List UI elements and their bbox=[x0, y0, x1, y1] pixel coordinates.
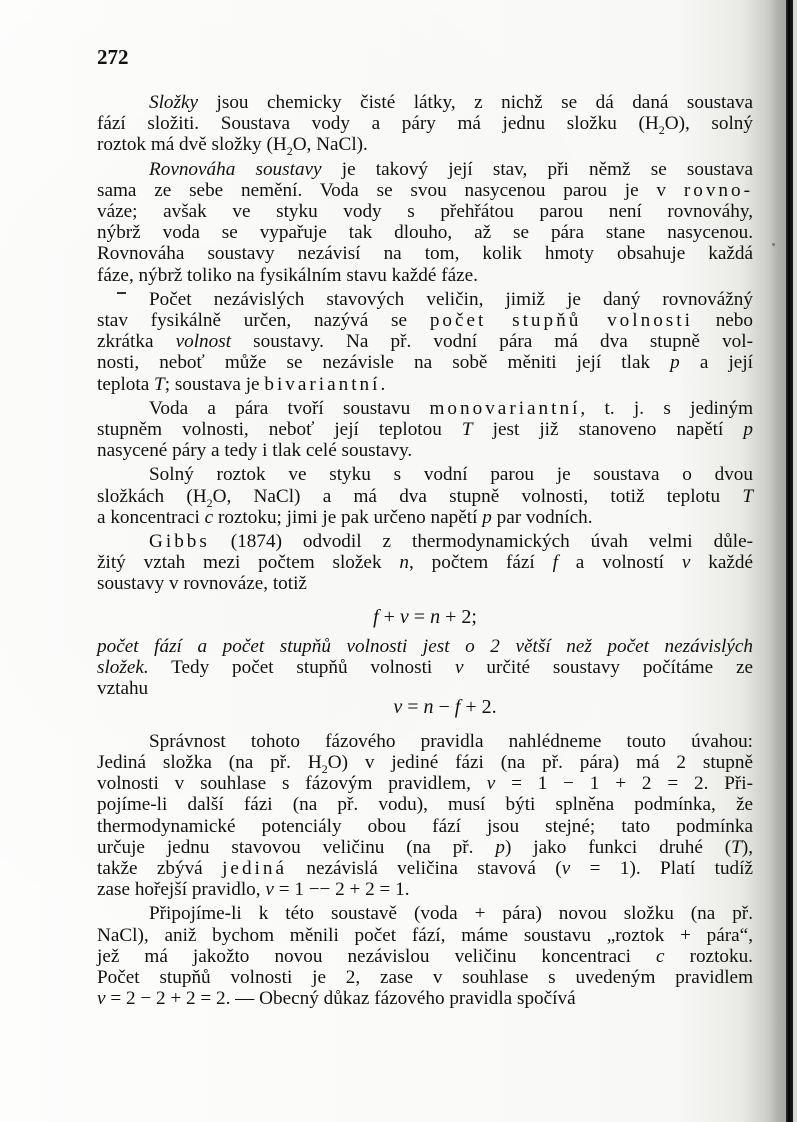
text-line: fáze, nýbrž toliko na fysikálním stavu k… bbox=[97, 265, 753, 286]
page-binding-edge bbox=[786, 0, 793, 1122]
text-line: v = 2 − 2 + 2 = 2. — Obecný důkaz fázové… bbox=[97, 988, 753, 1009]
page-edge-strip bbox=[793, 0, 797, 1122]
text-line: teplota T; soustava je bivariantní. bbox=[97, 374, 753, 395]
scan-speck bbox=[772, 243, 775, 246]
text-line: Solný roztok ve styku s vodní parou je s… bbox=[97, 464, 753, 485]
text-line: Počet nezávislých stavových veličin, jim… bbox=[97, 289, 753, 310]
paragraph-rovnovaha: Rovnováha soustavy je takový její stav, … bbox=[97, 159, 753, 286]
text-line: pojíme-li další fázi (na př. vodu), musí… bbox=[97, 794, 753, 815]
text-line: zkrátka volnost soustavy. Na př. vodní p… bbox=[97, 331, 753, 352]
text-line: žitý vztah mezi počtem složek n, počtem … bbox=[97, 552, 753, 573]
text-line: fází složiti. Soustava vody a páry má je… bbox=[97, 113, 753, 134]
text-line: určuje jednu stavovou veličinu (na př. p… bbox=[97, 837, 753, 858]
page-number: 272 bbox=[97, 45, 129, 70]
text-line: a koncentraci c roztoku; jimi je pak urč… bbox=[97, 507, 753, 528]
text-line: nýbrž voda se vypařuje tak dlouho, až se… bbox=[97, 222, 753, 243]
text-line: nosti, neboť může se nezávisle na sobě m… bbox=[97, 352, 753, 373]
text-line: takže zbývá jediná nezávislá veličina st… bbox=[97, 858, 753, 879]
formula-gibbs: f + v = n + 2; bbox=[97, 607, 753, 628]
text-line: soustavy v rovnováze, totiž bbox=[97, 573, 753, 594]
paragraph-pocet: Počet nezávislých stavových veličin, jim… bbox=[97, 289, 753, 395]
binding-shadow bbox=[770, 0, 786, 1122]
text-line: Počet stupňů volnosti je 2, zase v souhl… bbox=[97, 967, 753, 988]
paragraph-voda-para: Voda a pára tvoří soustavu monovariantní… bbox=[97, 398, 753, 462]
text-line: NaCl), aniž bychom měnili počet fází, má… bbox=[97, 925, 753, 946]
text-line: Složky jsou chemicky čisté látky, z nich… bbox=[97, 92, 753, 113]
paragraph-gibbs: Gibbs (1874) odvodil z thermodynamických… bbox=[97, 531, 753, 595]
text-line: zase hořejší pravidlo, v = 1 −− 2 + 2 = … bbox=[97, 879, 753, 900]
paragraph-slozky: Složky jsou chemicky čisté látky, z nich… bbox=[97, 92, 753, 156]
text-line: Gibbs (1874) odvodil z thermodynamických… bbox=[97, 531, 753, 552]
paragraph-solny-roztok: Solný roztok ve styku s vodní parou je s… bbox=[97, 464, 753, 528]
text-line: stupněm volnosti, neboť její teplotou T … bbox=[97, 419, 753, 440]
text-line: Voda a pára tvoří soustavu monovariantní… bbox=[97, 398, 753, 419]
paragraph-pocet-fazi: počet fází a počet stupňů volnosti jest … bbox=[97, 636, 753, 700]
text-line: jež má jakožto novou nezávislou veličinu… bbox=[97, 946, 753, 967]
body-text: Složky jsou chemicky čisté látky, z nich… bbox=[97, 92, 753, 1009]
text-line: Rovnováha soustavy nezávisí na tom, koli… bbox=[97, 243, 753, 264]
text-line: volnosti v souhlase s fázovým pravidlem,… bbox=[97, 773, 753, 794]
formula-pocet-fazi: v = n − f + 2. bbox=[97, 697, 753, 718]
text-line: Jediná složka (na př. H2O) v jediné fázi… bbox=[97, 752, 753, 773]
text-line: počet fází a počet stupňů volnosti jest … bbox=[97, 636, 753, 657]
text-line: Správnost tohoto fázového pravidla nahlé… bbox=[97, 731, 753, 752]
paragraph-pripojime-li: Připojíme-li k této soustavě (voda + pár… bbox=[97, 903, 753, 1009]
text-line: thermodynamické potenciály obou fází jso… bbox=[97, 816, 753, 837]
text-line: Připojíme-li k této soustavě (voda + pár… bbox=[97, 903, 753, 924]
text-line: stav fysikálně určen, nazývá se počet st… bbox=[97, 310, 753, 331]
text-line: roztok má dvě složky (H2O, NaCl). bbox=[97, 134, 753, 155]
text-line: Rovnováha soustavy je takový její stav, … bbox=[97, 159, 753, 180]
text-line: nasycené páry a tedy i tlak celé soustav… bbox=[97, 440, 753, 461]
text-line: sama ze sebe nemění. Voda se svou nasyce… bbox=[97, 180, 753, 201]
text-line: složkách (H2O, NaCl) a má dva stupně vol… bbox=[97, 486, 753, 507]
text-line: složek. Tedy počet stupňů volnosti v urč… bbox=[97, 657, 753, 678]
text-line: váze; avšak ve styku vody s přehřátou pa… bbox=[97, 201, 753, 222]
paragraph-spravnost: Správnost tohoto fázového pravidla nahlé… bbox=[97, 731, 753, 901]
